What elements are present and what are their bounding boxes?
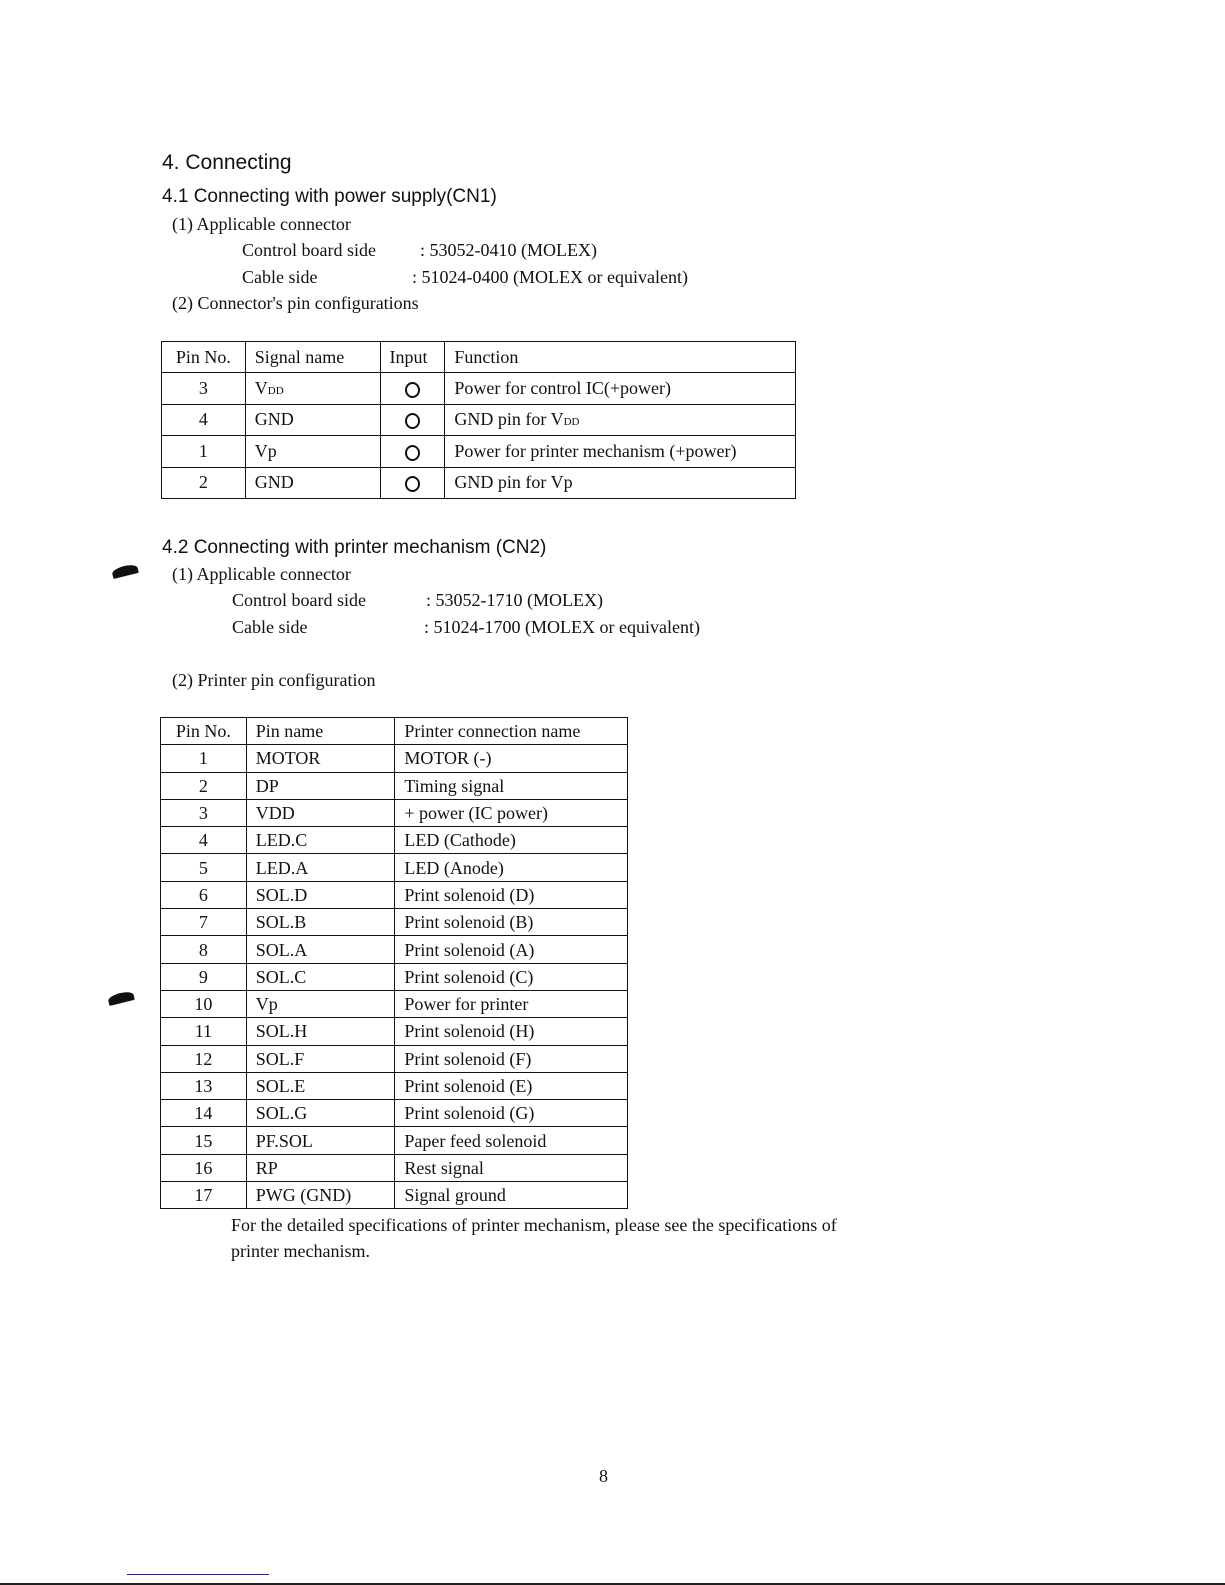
signal-text: GND [255,409,294,429]
function-text: Power for printer mechanism (+power) [454,441,736,461]
pin-name: SOL.G [246,1100,395,1127]
control-board-value-2: : 53052-1710 (MOLEX) [426,590,603,611]
pin-name: VDD [246,799,395,826]
function-text: GND pin for Vp [454,472,572,492]
pin-number: 11 [161,1018,247,1045]
pin-number: 1 [161,745,247,772]
pin-number: 8 [161,936,247,963]
printer-connection-name: Print solenoid (F) [395,1045,628,1072]
signal-subscript: DD [268,385,284,397]
scan-mark-icon [111,563,139,579]
function-cell: Power for printer mechanism (+power) [445,436,796,467]
pin-number: 13 [161,1072,247,1099]
pin-name: SOL.D [246,881,395,908]
pin-name: SOL.E [246,1072,395,1099]
column-header: Signal name [245,342,380,373]
pin-name: Vp [246,990,395,1017]
pin-name: RP [246,1154,395,1181]
cable-side-label-2: Cable side [232,617,307,638]
section-4-2-title: 4.2 Connecting with printer mechanism (C… [162,537,546,559]
scan-mark-icon-2 [107,990,135,1006]
printer-connection-name: LED (Anode) [395,854,628,881]
column-header: Pin No. [161,718,247,745]
pin-number: 7 [161,909,247,936]
table-row: 11SOL.HPrint solenoid (H) [161,1018,628,1045]
input-cell [380,373,445,404]
pin-number: 15 [161,1127,247,1154]
pin-number: 5 [161,854,247,881]
table-header-row: Pin No.Pin namePrinter connection name [161,718,628,745]
function-text: GND pin for V [454,409,563,429]
signal-name: GND [245,404,380,435]
table-row: 9SOL.CPrint solenoid (C) [161,963,628,990]
input-cell [380,404,445,435]
signal-text: Vp [255,441,277,461]
table-row: 3VDD+ power (IC power) [161,799,628,826]
printer-connection-name: Print solenoid (A) [395,936,628,963]
footer-link-underline[interactable] [127,1574,269,1575]
table-row: 10VpPower for printer [161,990,628,1017]
table-row: 6SOL.DPrint solenoid (D) [161,881,628,908]
input-cell [380,467,445,498]
pin-number: 12 [161,1045,247,1072]
printer-connection-name: Paper feed solenoid [395,1127,628,1154]
printer-connection-name: LED (Cathode) [395,827,628,854]
table-row: 1MOTORMOTOR (-) [161,745,628,772]
signal-name: VDD [245,373,380,404]
cable-side-value: : 51024-0400 (MOLEX or equivalent) [412,267,688,288]
circle-icon [405,413,420,429]
signal-name: GND [245,467,380,498]
cable-side-value-2: : 51024-1700 (MOLEX or equivalent) [424,617,700,638]
column-header: Printer connection name [395,718,628,745]
applicable-connector-label-2: (1) Applicable connector [172,564,351,585]
pin-number: 3 [162,373,246,404]
section-4-1-title: 4.1 Connecting with power supply(CN1) [162,186,497,208]
section-title: 4. Connecting [162,151,292,175]
applicable-connector-label: (1) Applicable connector [172,214,351,235]
pin-number: 16 [161,1154,247,1181]
table-row: 5LED.ALED (Anode) [161,854,628,881]
function-subscript: DD [564,416,580,428]
printer-connection-name: Print solenoid (B) [395,909,628,936]
table-header-row: Pin No.Signal nameInputFunction [162,342,796,373]
printer-pin-config-label: (2) Printer pin configuration [172,670,375,691]
table-row: 4GNDGND pin for VDD [162,404,796,435]
pin-number: 9 [161,963,247,990]
signal-name: Vp [245,436,380,467]
printer-connection-name: Signal ground [395,1182,628,1209]
printer-mechanism-pin-table: Pin No.Pin namePrinter connection name1M… [160,717,628,1209]
circle-icon [405,476,420,492]
pin-name: PWG (GND) [246,1182,395,1209]
table-row: 2GNDGND pin for Vp [162,467,796,498]
note-line-2: printer mechanism. [231,1241,370,1262]
table-row: 15PF.SOLPaper feed solenoid [161,1127,628,1154]
pin-number: 17 [161,1182,247,1209]
pin-number: 1 [162,436,246,467]
page-number: 8 [599,1466,608,1487]
printer-connection-name: + power (IC power) [395,799,628,826]
control-board-value: : 53052-0410 (MOLEX) [420,240,597,261]
input-cell [380,436,445,467]
table-row: 2DPTiming signal [161,772,628,799]
cable-side-label: Cable side [242,267,317,288]
pin-number: 6 [161,881,247,908]
pin-name: LED.A [246,854,395,881]
signal-text: V [255,378,268,398]
pin-name: SOL.C [246,963,395,990]
pin-name: SOL.H [246,1018,395,1045]
pin-number: 14 [161,1100,247,1127]
table-row: 17PWG (GND)Signal ground [161,1182,628,1209]
signal-text: GND [255,472,294,492]
control-board-label: Control board side [242,240,376,261]
pin-number: 4 [161,827,247,854]
control-board-label-2: Control board side [232,590,366,611]
printer-connection-name: Timing signal [395,772,628,799]
table-row: 4LED.CLED (Cathode) [161,827,628,854]
table-row: 13SOL.EPrint solenoid (E) [161,1072,628,1099]
pin-number: 10 [161,990,247,1017]
pin-number: 2 [161,772,247,799]
circle-icon [405,382,420,398]
printer-connection-name: Print solenoid (H) [395,1018,628,1045]
table-row: 16RPRest signal [161,1154,628,1181]
table-row: 3VDDPower for control IC(+power) [162,373,796,404]
pin-name: MOTOR [246,745,395,772]
pin-name: SOL.B [246,909,395,936]
function-cell: GND pin for VDD [445,404,796,435]
printer-connection-name: Print solenoid (G) [395,1100,628,1127]
function-cell: Power for control IC(+power) [445,373,796,404]
printer-connection-name: MOTOR (-) [395,745,628,772]
function-text: Power for control IC(+power) [454,378,671,398]
pin-number: 2 [162,467,246,498]
pin-number: 3 [161,799,247,826]
table-row: 7SOL.BPrint solenoid (B) [161,909,628,936]
pin-name: SOL.A [246,936,395,963]
printer-connection-name: Print solenoid (D) [395,881,628,908]
note-line-1: For the detailed specifications of print… [231,1215,837,1236]
pin-name: PF.SOL [246,1127,395,1154]
printer-connection-name: Power for printer [395,990,628,1017]
pin-name: LED.C [246,827,395,854]
function-cell: GND pin for Vp [445,467,796,498]
table-row: 1VpPower for printer mechanism (+power) [162,436,796,467]
table-row: 8SOL.APrint solenoid (A) [161,936,628,963]
pin-number: 4 [162,404,246,435]
table-row: 12SOL.FPrint solenoid (F) [161,1045,628,1072]
circle-icon [405,445,420,461]
column-header: Function [445,342,796,373]
pin-name: SOL.F [246,1045,395,1072]
printer-connection-name: Rest signal [395,1154,628,1181]
column-header: Pin name [246,718,395,745]
column-header: Input [380,342,445,373]
pin-config-label: (2) Connector's pin configurations [172,293,419,314]
printer-connection-name: Print solenoid (E) [395,1072,628,1099]
column-header: Pin No. [162,342,246,373]
pin-name: DP [246,772,395,799]
table-row: 14SOL.GPrint solenoid (G) [161,1100,628,1127]
power-supply-pin-table: Pin No.Signal nameInputFunction3VDDPower… [161,341,796,499]
printer-connection-name: Print solenoid (C) [395,963,628,990]
